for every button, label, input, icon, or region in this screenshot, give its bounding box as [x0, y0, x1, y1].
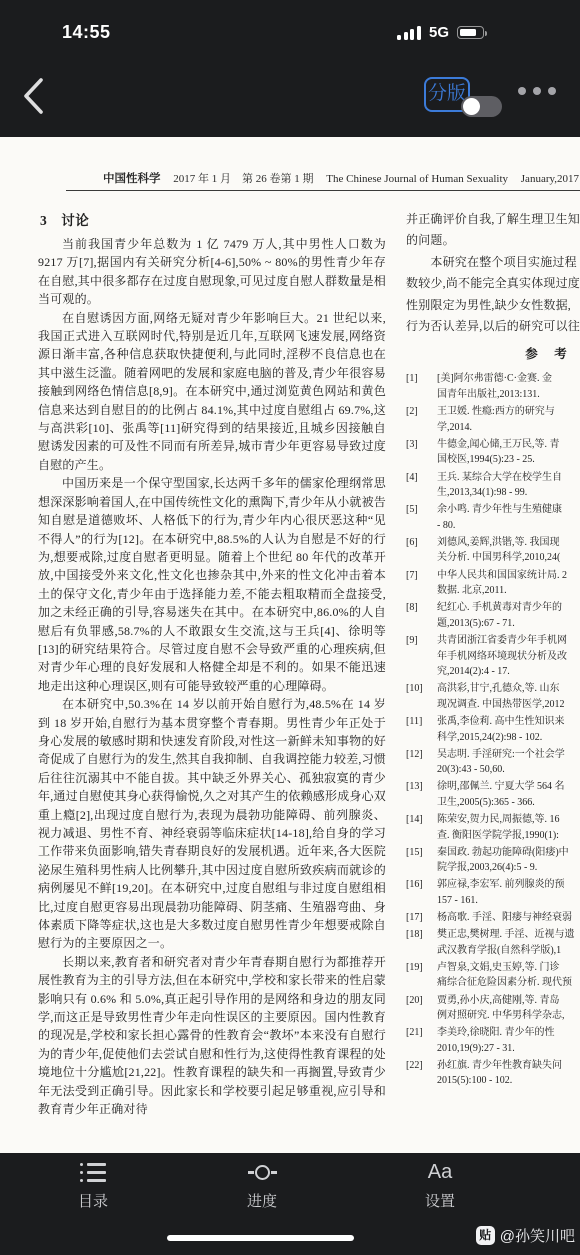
reference-text: 杨高歌. 手淫、阳痿与神经衰弱 — [437, 910, 580, 926]
reference-number: [10] — [406, 681, 437, 712]
reference-number: [2] — [406, 404, 437, 435]
reference-text: 余小鸣. 青少年性与生殖健康- 80. — [437, 502, 580, 533]
tab-settings-label: 设置 — [425, 1190, 455, 1211]
text-line: 行为否认差异,以后的研究可以往 — [406, 316, 580, 337]
nav-bar: 分版 — [0, 54, 580, 137]
home-indicator[interactable] — [167, 1235, 354, 1241]
reference-item: [22] 孙红旗. 青少年性教育缺失问2015(5):100 - 102. — [406, 1058, 580, 1089]
bottom-toolbar: 目录 进度 Aa 设置 贴 @孙笑川吧 — [0, 1153, 580, 1255]
reference-number: [1] — [406, 371, 437, 402]
reference-number: [9] — [406, 633, 437, 680]
reference-number: [22] — [406, 1058, 437, 1089]
font-size-icon: Aa — [428, 1162, 452, 1183]
reference-number: [17] — [406, 910, 437, 926]
reader-app-screen: 14:55 5G 分版 中国性科学 2017 年 1 月 第 26 卷第 1 期… — [0, 0, 580, 1255]
reference-text: 王兵. 某综合大学在校学生自生,2013,34(1):98 - 99. — [437, 470, 580, 501]
reference-item: [6] 刘德风,姜辉,洪锴,等. 我国现关分析. 中国男科学,2010,24( — [406, 535, 580, 566]
issue-info-cn: 2017 年 1 月 第 26 卷第 1 期 — [173, 173, 313, 185]
reference-number: [16] — [406, 877, 437, 908]
tab-progress[interactable]: 进度 — [227, 1162, 297, 1211]
reference-text: 张禹,李俭莉. 高中生性知识来科学,2015,24(2):98 - 102. — [437, 714, 580, 745]
reference-text: 贾勇,孙小庆,高健刚,等. 青岛例对照研究. 中华男科学杂志, — [437, 993, 580, 1024]
reference-text: 共青团浙江省委青少年手机网年手机网络环境现状分析及改究,2014(2):4 - … — [437, 633, 580, 680]
left-column: 3 讨论 当前我国青少年总数为 1 亿 7479 万人,其中男性人口数为 921… — [38, 209, 386, 1119]
battery-icon — [457, 26, 484, 39]
tab-progress-label: 进度 — [247, 1190, 277, 1211]
body-paragraph: 长期以来,教育者和研究者对青少年青春期自慰行为都推荐开展性教育为主的引导方法,但… — [38, 953, 386, 1119]
reference-text: 牛德金,闻心储,王万民,等. 青国校医,1994(5):23 - 25. — [437, 437, 580, 468]
reference-text: 王卫媛. 性瘾:西方的研究与学,2014. — [437, 404, 580, 435]
reference-text: 高洪彩,甘宁,孔德众,等. 山东现况调查. 中国热带医学,2012 — [437, 681, 580, 712]
body-paragraph: 在自慰诱因方面,网络无疑对青少年影响巨大。21 世纪以来,我国正式进入互联网时代… — [38, 309, 386, 475]
reference-text: 吴志明. 手淫研究:一个社会学20(3):43 - 50,60. — [437, 747, 580, 778]
two-column-text: 3 讨论 当前我国青少年总数为 1 亿 7479 万人,其中男性人口数为 921… — [38, 209, 580, 1119]
chevron-left-icon — [20, 76, 46, 116]
reference-text: 刘德风,姜辉,洪锴,等. 我国现关分析. 中国男科学,2010,24( — [437, 535, 580, 566]
cellular-signal-icon — [397, 26, 421, 40]
journal-header-line: 中国性科学 2017 年 1 月 第 26 卷第 1 期 The Chinese… — [103, 170, 579, 186]
right-column: 并正确评价自我,了解生理卫生知 的问题。 本研究在整个项目实施过程 数较少,尚不… — [406, 209, 580, 1119]
reference-number: [5] — [406, 502, 437, 533]
reference-item: [4] 王兵. 某综合大学在校学生自生,2013,34(1):98 - 99. — [406, 470, 580, 501]
reference-item: [16] 郭应禄,李宏军. 前列腺炎的预157 - 161. — [406, 877, 580, 908]
status-icons: 5G — [397, 24, 484, 41]
reference-text: 郭应禄,李宏军. 前列腺炎的预157 - 161. — [437, 877, 580, 908]
reference-text: 樊正忠,樊树理. 手淫、近视与遗武汉教育学报(自然科学版),1 — [437, 927, 580, 958]
reference-number: [12] — [406, 747, 437, 778]
reference-item: [7] 中华人民共和国国家统计局. 2数据. 北京,2011. — [406, 568, 580, 599]
reference-item: [10] 高洪彩,甘宁,孔德众,等. 山东现况调查. 中国热带医学,2012 — [406, 681, 580, 712]
reference-item: [19] 卢智泉,文娟,史玉婷,等. 门诊痛综合征危险因素分析. 现代预 — [406, 960, 580, 991]
reference-item: [8] 纪红心. 手机黄毒对青少年的题,2013(5):67 - 71. — [406, 600, 580, 631]
body-paragraph: 当前我国青少年总数为 1 亿 7479 万人,其中男性人口数为 9217 万[7… — [38, 235, 386, 309]
reference-number: [4] — [406, 470, 437, 501]
reference-item: [2] 王卫媛. 性瘾:西方的研究与学,2014. — [406, 404, 580, 435]
reference-item: [18] 樊正忠,樊树理. 手淫、近视与遗武汉教育学报(自然科学版),1 — [406, 927, 580, 958]
document-page[interactable]: 中国性科学 2017 年 1 月 第 26 卷第 1 期 The Chinese… — [0, 137, 580, 1153]
list-icon — [80, 1162, 107, 1183]
reference-number: [13] — [406, 779, 437, 810]
reference-item: [13] 徐明,邵佩兰. 宁夏大学 564 名卫生,2005(5):365 - … — [406, 779, 580, 810]
reference-item: [9] 共青团浙江省委青少年手机网年手机网络环境现状分析及改究,2014(2):… — [406, 633, 580, 680]
reference-text: 中华人民共和国国家统计局. 2数据. 北京,2011. — [437, 568, 580, 599]
dot-icon — [533, 87, 541, 95]
reference-item: [3] 牛德金,闻心储,王万民,等. 青国校医,1994(5):23 - 25. — [406, 437, 580, 468]
text-line: 性别限定为男性,缺少女性数据, — [406, 295, 580, 316]
reference-text: 孙红旗. 青少年性教育缺失问2015(5):100 - 102. — [437, 1058, 580, 1089]
text-line: 的问题。 — [406, 230, 580, 251]
reference-text: 纪红心. 手机黄毒对青少年的题,2013(5):67 - 71. — [437, 600, 580, 631]
journal-name-en: The Chinese Journal of Human Sexuality — [326, 173, 508, 185]
tab-catalog[interactable]: 目录 — [58, 1162, 128, 1211]
references-heading: 参 考 文 献 — [406, 344, 580, 362]
reference-item: [17] 杨高歌. 手淫、阳痿与神经衰弱 — [406, 910, 580, 926]
reference-number: [8] — [406, 600, 437, 631]
reference-item: [20] 贾勇,孙小庆,高健刚,等. 青岛例对照研究. 中华男科学杂志, — [406, 993, 580, 1024]
progress-slider-icon — [248, 1162, 277, 1183]
references-list: [1] [美]阿尔弗雷德·C·金赛. 金国青年出版社,2013:131. [2]… — [406, 371, 580, 1089]
status-bar: 14:55 5G — [0, 0, 580, 54]
reference-number: [15] — [406, 845, 437, 876]
header-rule — [66, 190, 580, 191]
back-button[interactable] — [20, 76, 50, 116]
reference-text: 陈荣安,贺力民,周振德,等. 16查. 衡阳医学院学报,1990(1): — [437, 812, 580, 843]
watermark-text: @孙笑川吧 — [500, 1225, 575, 1246]
reference-number: [20] — [406, 993, 437, 1024]
reference-item: [14] 陈荣安,贺力民,周振德,等. 16查. 衡阳医学院学报,1990(1)… — [406, 812, 580, 843]
dot-icon — [518, 87, 526, 95]
text-line: 数较少,尚不能完全真实体现过度 — [406, 273, 580, 294]
reference-text: 秦国政. 勃起功能障碍(阳痿)中院学报,2003,26(4):5 - 9. — [437, 845, 580, 876]
reference-item: [1] [美]阿尔弗雷德·C·金赛. 金国青年出版社,2013:131. — [406, 371, 580, 402]
reference-number: [6] — [406, 535, 437, 566]
clock: 14:55 — [62, 22, 111, 43]
tab-catalog-label: 目录 — [78, 1190, 108, 1211]
reference-item: [21] 李美玲,徐晓阳. 青少年的性2010,19(9):27 - 31. — [406, 1025, 580, 1056]
toggle-knob — [463, 98, 480, 115]
reference-number: [11] — [406, 714, 437, 745]
journal-name-cn: 中国性科学 — [103, 173, 161, 185]
reference-text: 卢智泉,文娟,史玉婷,等. 门诊痛综合征危险因素分析. 现代预 — [437, 960, 580, 991]
reference-text: 李美玲,徐晓阳. 青少年的性2010,19(9):27 - 31. — [437, 1025, 580, 1056]
reference-number: [18] — [406, 927, 437, 958]
body-paragraph: 中国历来是一个保守型国家,长达两千多年的儒家伦理纲常思想深深影响着国人,在中国传… — [38, 474, 386, 695]
reference-item: [5] 余小鸣. 青少年性与生殖健康- 80. — [406, 502, 580, 533]
reference-text: [美]阿尔弗雷德·C·金赛. 金国青年出版社,2013:131. — [437, 371, 580, 402]
reference-number: [14] — [406, 812, 437, 843]
reference-number: [7] — [406, 568, 437, 599]
reference-item: [15] 秦国政. 勃起功能障碍(阳痿)中院学报,2003,26(4):5 - … — [406, 845, 580, 876]
dot-icon — [548, 87, 556, 95]
tieba-badge-icon: 贴 — [476, 1226, 495, 1245]
text-line: 并正确评价自我,了解生理卫生知 — [406, 209, 580, 230]
issue-info-en: January,2017 — [521, 173, 579, 185]
text-line: 本研究在整个项目实施过程 — [406, 252, 580, 273]
network-type-label: 5G — [429, 24, 449, 41]
body-paragraph: 在本研究中,50.3%在 14 岁以前开始自慰行为,48.5%在 14 岁到 1… — [38, 695, 386, 953]
split-page-toggle[interactable] — [461, 96, 502, 117]
tab-settings[interactable]: Aa 设置 — [405, 1162, 475, 1211]
section-title: 3 讨论 — [40, 209, 386, 229]
reference-number: [19] — [406, 960, 437, 991]
watermark: 贴 @孙笑川吧 — [476, 1225, 575, 1246]
reference-item: [11] 张禹,李俭莉. 高中生性知识来科学,2015,24(2):98 - 1… — [406, 714, 580, 745]
reference-number: [3] — [406, 437, 437, 468]
reference-item: [12] 吴志明. 手淫研究:一个社会学20(3):43 - 50,60. — [406, 747, 580, 778]
reference-number: [21] — [406, 1025, 437, 1056]
more-options-button[interactable] — [518, 87, 556, 95]
reference-text: 徐明,邵佩兰. 宁夏大学 564 名卫生,2005(5):365 - 366. — [437, 779, 580, 810]
